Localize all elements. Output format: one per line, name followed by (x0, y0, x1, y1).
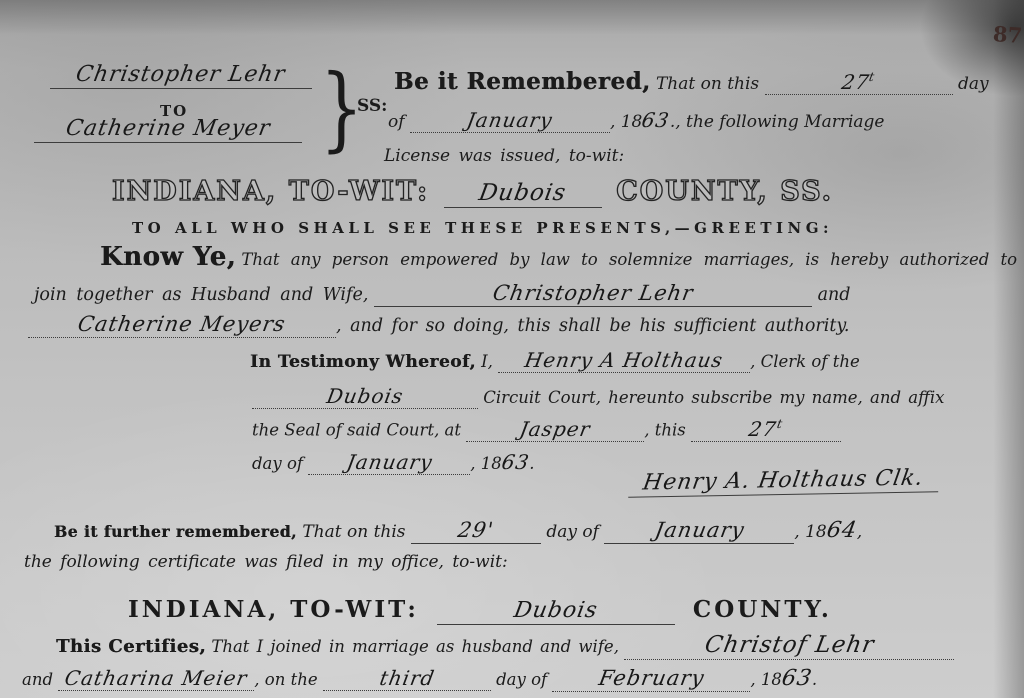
handwritten-year: 64 (825, 518, 859, 543)
print-text: day (958, 74, 989, 94)
handwritten-name: Christopher Lehr (75, 64, 288, 86)
knowye-lead: Know Ye, (100, 242, 236, 272)
print-text: the Seal of said Court, at (252, 421, 461, 440)
county-blank: Dubois (444, 182, 602, 208)
handwritten-name: Catherine Meyer (64, 118, 272, 140)
print-text: , this (644, 421, 686, 440)
print-text: , 18 (794, 522, 826, 542)
handwritten-day-suffix: t (776, 418, 784, 430)
testimony-line3: the Seal of said Court, at Jasper, this … (252, 418, 841, 442)
print-text: join together as Husband and Wife, (34, 285, 368, 305)
day-blank: 29' (411, 520, 541, 544)
print-text: That any person empowered by law to sole… (241, 250, 1017, 269)
remembered-line2: of January, 1863., the following Marriag… (388, 108, 884, 133)
month-blank: January (410, 110, 610, 133)
handwritten-month: January (465, 110, 554, 130)
handwritten-county: Dubois (325, 386, 405, 406)
remembered-lead: Be it Remembered, (394, 68, 651, 95)
certifies-lead: This Certifies, (56, 636, 206, 657)
certifies-line2: and Catharina Meier, on the third day of… (22, 666, 817, 692)
print-text: , on the (254, 670, 317, 689)
ss-label: SS: (357, 96, 387, 116)
handwritten-wife: Catharina Meier (63, 668, 249, 688)
print-text: of (388, 112, 405, 132)
handwritten-year: 63 (780, 666, 814, 691)
wife-blank: Catharina Meier (58, 668, 254, 691)
print-text: I, (481, 352, 493, 371)
county-label: COUNTY. (693, 596, 832, 623)
indiana-heading-2: INDIANA, TO-WIT: Dubois COUNTY. (128, 596, 832, 625)
signature-blank: Henry A. Holthaus Clk. (628, 467, 938, 497)
print-text: day of (252, 454, 303, 473)
print-text: , 18 (610, 112, 642, 132)
place-blank: Jasper (466, 419, 644, 442)
handwritten-day: 29' (456, 520, 495, 541)
handwritten-month: February (597, 668, 706, 689)
knowye-line1: Know Ye, That any person empowered by la… (100, 242, 1017, 272)
print-text: , Clerk of the (750, 352, 860, 371)
month-blank: February (552, 668, 750, 692)
handwritten-day: third (378, 668, 436, 688)
print-text: , 18 (470, 454, 502, 473)
handwritten-day: 27 (840, 72, 871, 92)
indiana-heading: INDIANA, TO-WIT: Dubois COUNTY, SS. (112, 176, 833, 208)
day-blank: 27t (765, 71, 953, 95)
handwritten-year: 63 (500, 450, 532, 474)
further-line2: the following certificate was filed in m… (24, 552, 508, 572)
page-number: 87 (992, 21, 1023, 48)
wife-blank: Catherine Meyers (28, 314, 336, 338)
print-text: Circuit Court, hereunto subscribe my nam… (483, 388, 944, 407)
day-blank: third (323, 668, 491, 691)
print-text: day of (546, 522, 599, 542)
knowye-line3: Catherine Meyers, and for so doing, this… (28, 314, 850, 338)
handwritten-husband: Christopher Lehr (491, 283, 695, 304)
remembered-line1: Be it Remembered, That on this 27t day (394, 68, 989, 95)
day-blank: 27t (691, 418, 841, 442)
county-ss-label: COUNTY, SS. (616, 176, 833, 207)
print-text: That on this (302, 522, 405, 542)
remembered-line3: License was issued, to-wit: (384, 146, 624, 166)
husband-blank: Christopher Lehr (374, 283, 812, 307)
handwritten-year: 63 (640, 108, 672, 132)
print-text: and (818, 285, 851, 305)
indiana-towit-label: INDIANA, TO-WIT: (128, 596, 419, 623)
knowye-line2: join together as Husband and Wife, Chris… (34, 283, 851, 307)
handwritten-county: Dubois (512, 600, 599, 622)
clerk-signature: Henry A. Holthaus Clk. (628, 468, 938, 495)
marriage-record-page: 87 Christopher Lehr TO Catherine Meyer }… (0, 0, 1024, 698)
handwritten-day: 27 (748, 419, 779, 439)
handwritten-clerk-name: Henry A Holthaus (523, 350, 725, 370)
testimony-line2: Dubois Circuit Court, hereunto subscribe… (252, 386, 944, 409)
print-text: and (22, 670, 53, 689)
handwritten-signature: Henry A. Holthaus Clk. (641, 468, 925, 495)
certifies-line1: This Certifies, That I joined in marriag… (56, 634, 954, 660)
indiana-towit-label: INDIANA, TO-WIT: (112, 176, 429, 207)
handwritten-day-suffix: t (868, 71, 876, 83)
handwritten-husband: Christof Lehr (703, 634, 876, 657)
clerk-name-blank: Henry A Holthaus (498, 350, 750, 373)
handwritten-county: Dubois (477, 182, 568, 205)
testimony-line1: In Testimony Whereof, I, Henry A Holthau… (250, 350, 860, 373)
month-blank: January (308, 452, 470, 475)
print-text: ., the following Marriage (670, 112, 885, 132)
handwritten-wife: Catherine Meyers (76, 314, 287, 335)
husband-blank: Christof Lehr (624, 634, 954, 660)
further-lead: Be it further remembered, (54, 522, 297, 541)
print-text: day of (496, 670, 547, 689)
print-text: That I joined in marriage as husband and… (211, 637, 619, 656)
handwritten-month: January (653, 520, 746, 541)
testimony-lead: In Testimony Whereof, (250, 352, 476, 372)
print-text: That on this (656, 74, 759, 94)
testimony-line4: day of January, 1863. (252, 450, 534, 475)
party-name-wife: Catherine Meyer (34, 116, 302, 143)
print-text: , 18 (750, 670, 782, 689)
print-text: , and for so doing, this shall be his su… (336, 316, 850, 336)
party-name-husband: Christopher Lehr (50, 62, 312, 89)
further-line1: Be it further remembered, That on this 2… (54, 518, 862, 544)
handwritten-month: January (345, 452, 434, 472)
county-blank: Dubois (252, 386, 478, 409)
handwritten-place: Jasper (518, 419, 592, 439)
month-blank: January (604, 520, 794, 544)
county-blank: Dubois (437, 600, 675, 625)
greeting-line: TO ALL WHO SHALL SEE THESE PRESENTS,—GRE… (132, 219, 833, 237)
